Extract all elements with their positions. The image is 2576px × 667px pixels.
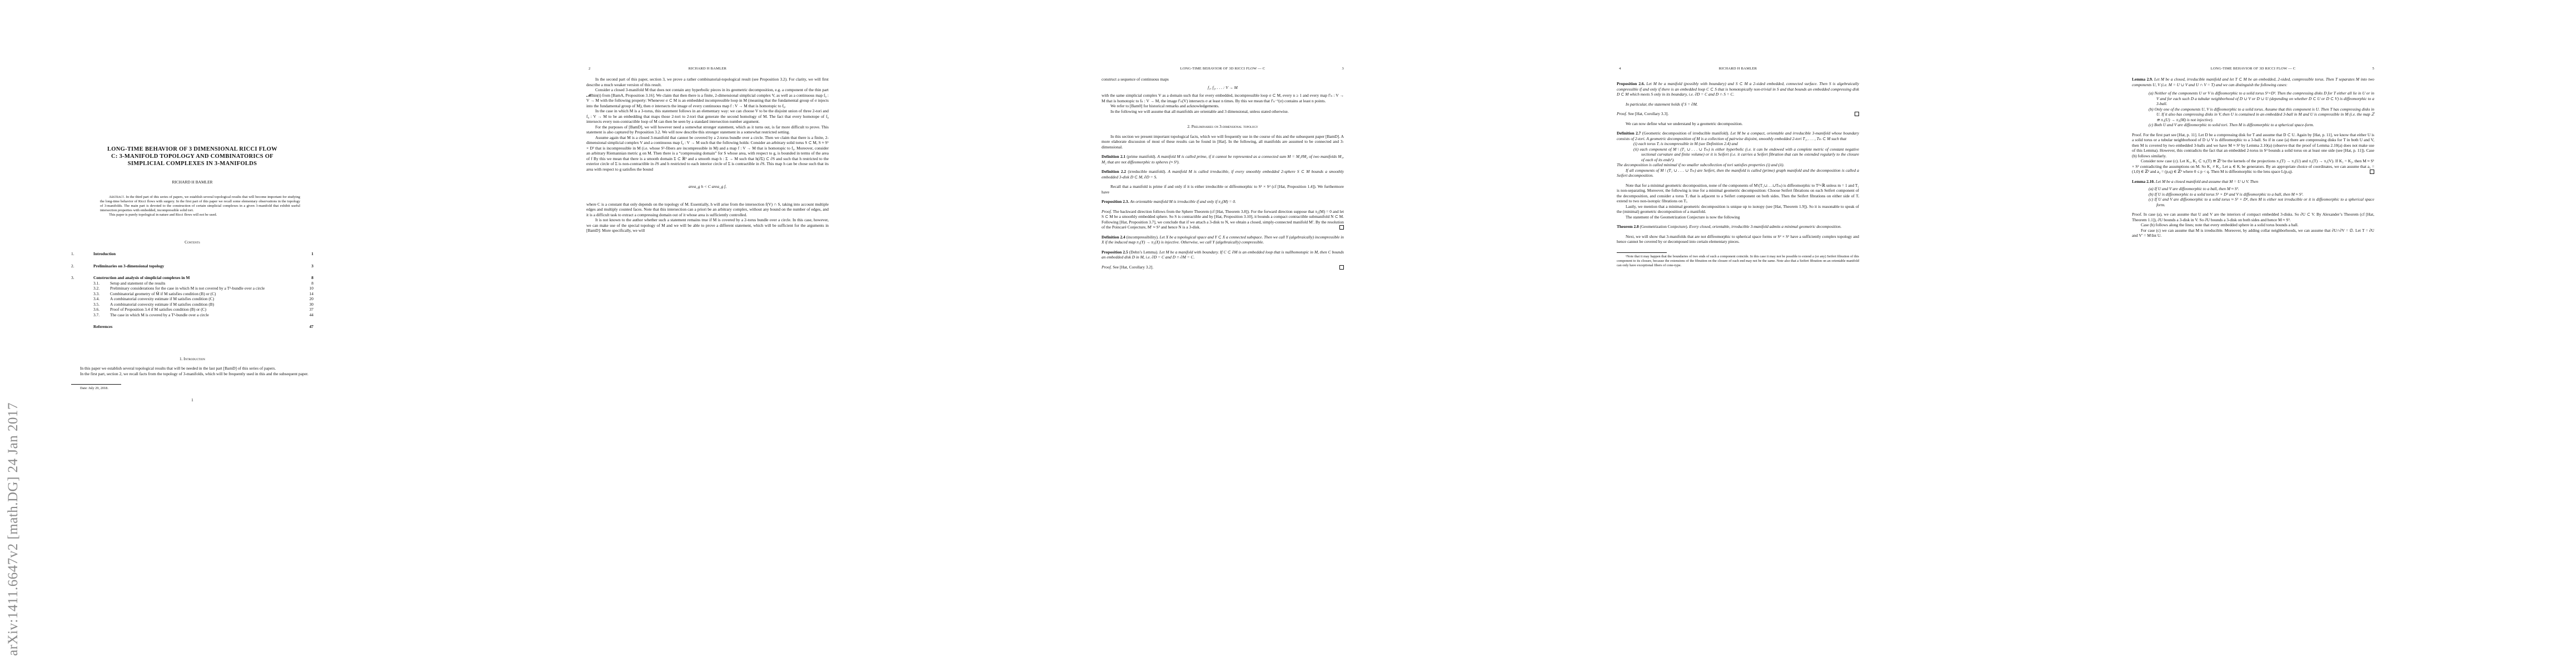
paragraph: We refer to [Bam0] for historical remark… bbox=[1102, 103, 1344, 109]
page-5-column: Lemma 2.9. Let M be a closed, irreducibl… bbox=[2132, 77, 2374, 238]
paragraph: If all components of M \ (T₁ ∪ . . . ∪ T… bbox=[1617, 168, 1859, 178]
proof: For case (c) we can assume that M is irr… bbox=[2132, 228, 2374, 238]
page-number: 1 bbox=[71, 397, 313, 403]
theorem-block: Proof. See [Hat, Corollary 3.2]. bbox=[1102, 265, 1344, 270]
toc-number: 3.4. bbox=[71, 296, 110, 302]
block-name: (Geometric decomposition of irreducible … bbox=[1642, 131, 1729, 136]
paragraph: In this section we present important top… bbox=[1102, 134, 1344, 150]
page-4: 4 RICHARD H BAMLER Proposition 2.6. Let … bbox=[1546, 0, 2061, 667]
toc-entry[interactable]: 3.3.Combinatorial geometry of M̃ if M sa… bbox=[71, 291, 313, 297]
proof-label: Proof. bbox=[1617, 111, 1627, 116]
arxiv-stamp: arXiv:1411.6647v2 [math.DG] 24 Jan 2017 bbox=[4, 44, 27, 656]
page-2-column: In the second part of this paper, sectio… bbox=[586, 77, 829, 233]
toc-label: Preliminaries on 3-dimensional topology bbox=[93, 263, 302, 269]
enumerated-list: (a) Neither of the components U or V is … bbox=[2132, 91, 2374, 128]
proof: Proof. For the first part see [Hat, p. 1… bbox=[2132, 132, 2374, 159]
toc-label: Construction and analysis of simplicial … bbox=[93, 275, 302, 281]
proof: Case (b) follows along the lines; note t… bbox=[2132, 222, 2374, 228]
enum-mark: (b) bbox=[2149, 192, 2154, 197]
proof: Proof. In case (a), we can assume that U… bbox=[2132, 212, 2374, 222]
running-head: 4 RICHARD H BAMLER bbox=[1617, 67, 1859, 71]
toc-entry[interactable]: 3.7.The case in which M is covered by a … bbox=[71, 312, 313, 318]
enum-item: (a) Neither of the components U or V is … bbox=[2149, 91, 2374, 107]
toc-entry[interactable]: 3.2.Preliminary considerations for the c… bbox=[71, 286, 313, 291]
page-number: 5 bbox=[2373, 67, 2375, 71]
page-number: 3 bbox=[1342, 67, 1344, 71]
paragraph: In the first part, section 2, we recall … bbox=[71, 371, 313, 377]
toc-entry[interactable]: 3.6.Proof of Proposition 3.4 if M satisf… bbox=[71, 307, 313, 312]
qed-square-icon bbox=[1339, 225, 1344, 230]
toc-label: A combinatorial convexity estimate if M … bbox=[110, 296, 302, 302]
toc-number: 3.5. bbox=[71, 302, 110, 307]
toc-entry[interactable]: References47 bbox=[71, 324, 313, 330]
block-name: (prime manifold). bbox=[1127, 154, 1156, 159]
toc-entry[interactable]: 3.Construction and analysis of simplicia… bbox=[71, 275, 313, 281]
enum-text: If U is diffeomorphic to a solid torus S… bbox=[2154, 192, 2303, 197]
block-body: We can now define what we understand by … bbox=[1626, 121, 1743, 126]
block-label: Definition 2.1 bbox=[1102, 154, 1125, 159]
footnote-rule bbox=[1617, 252, 1667, 253]
enum-text: If U and V are diffeomorphic to a ball, … bbox=[2154, 186, 2239, 191]
enum-text: each torus Tᵢ is incompressible in M (se… bbox=[1638, 141, 1738, 146]
toc-number: 3.1. bbox=[71, 281, 110, 286]
enum-mark: (c) bbox=[2149, 122, 2153, 127]
running-head-text: RICHARD H BAMLER bbox=[1719, 67, 1757, 71]
theorem-block: Definition 2.1 (prime manifold). A manif… bbox=[1102, 154, 1344, 165]
proof-label: Proof. bbox=[1102, 209, 1112, 214]
toc-entry[interactable]: 3.4.A combinatorial convexity estimate i… bbox=[71, 296, 313, 302]
toc-page: 47 bbox=[302, 324, 313, 330]
abstract-text: In the third part of this series of pape… bbox=[100, 195, 300, 212]
paragraph: For the purposes of [BamD], we will howe… bbox=[586, 125, 829, 135]
proof: Consider now case (c). Let K₁, K₂ ⊂ π₁(T… bbox=[2132, 158, 2374, 175]
proof-text: Consider now case (c). Let K₁, K₂ ⊂ π₁(T… bbox=[2132, 158, 2374, 174]
toc-page: 44 bbox=[302, 312, 313, 318]
author: RICHARD H BAMLER bbox=[71, 180, 313, 185]
running-head: LONG-TIME BEHAVIOR OF 3D RICCI FLOW — C … bbox=[2132, 67, 2374, 71]
toc-page: 1 bbox=[302, 251, 313, 257]
enum-mark: (i) bbox=[1633, 141, 1637, 146]
block-label: Definition 2.7 bbox=[1617, 131, 1641, 136]
enum-item: (i) each torus Tᵢ is incompressible in M… bbox=[1633, 141, 1859, 147]
paragraph: Lastly, we mention that a minimal geomet… bbox=[1617, 204, 1859, 215]
footnote-rule bbox=[71, 384, 121, 385]
page-1-column: LONG-TIME BEHAVIOR OF 3 DIMENSIONAL RICC… bbox=[71, 146, 313, 403]
paragraph: where C is a constant that only depends … bbox=[586, 202, 829, 218]
qed-square-icon bbox=[2370, 170, 2374, 174]
section-heading-introduction: 1. Introduction bbox=[71, 356, 313, 362]
toc-number: 1. bbox=[71, 251, 93, 257]
toc-label: The case in which M is covered by a T²-b… bbox=[110, 312, 302, 318]
toc-label: References bbox=[93, 324, 302, 330]
lemma-label: Lemma 2.10. bbox=[2132, 179, 2155, 184]
block-body: Let M be a manifold (possibly with bound… bbox=[1617, 81, 1859, 97]
toc-page: 14 bbox=[302, 291, 313, 297]
toc-number: 3.7. bbox=[71, 312, 110, 318]
enum-text: Neither of the components U or V is diff… bbox=[2155, 91, 2374, 106]
title-line: C: 3-MANIFOLD TOPOLOGY AND COMBINATORICS… bbox=[71, 153, 313, 160]
block-body: The backward direction follows from the … bbox=[1102, 209, 1344, 230]
contents-heading: Contents bbox=[71, 240, 313, 245]
theorem-block: Proposition 2.5 (Dehn’s Lemma). Let M be… bbox=[1102, 250, 1344, 260]
theorem-block: Recall that a manifold is prime if and o… bbox=[1102, 184, 1344, 195]
block-name: (incompressibility). bbox=[1127, 235, 1159, 240]
running-head: LONG-TIME BEHAVIOR OF 3D RICCI FLOW — C … bbox=[1102, 67, 1344, 71]
enum-item: (b) If U is diffeomorphic to a solid tor… bbox=[2149, 192, 2374, 197]
enum-item: (a) If U and V are diffeomorphic to a ba… bbox=[2149, 186, 2374, 192]
theorem-block: Definition 2.7 (Geometric decomposition … bbox=[1617, 131, 1859, 141]
running-head: 2 RICHARD H BAMLER bbox=[586, 67, 829, 71]
paper-title: LONG-TIME BEHAVIOR OF 3 DIMENSIONAL RICC… bbox=[71, 146, 313, 167]
toc-label: Introduction bbox=[93, 251, 302, 257]
block-label: Proposition 2.3. bbox=[1102, 199, 1129, 204]
enum-item: (c) Both U and V are diffeomorphic to so… bbox=[2149, 122, 2374, 128]
lemma-body: Let M be a closed, irreducible manifold … bbox=[2132, 77, 2374, 87]
lemma-2-10: Lemma 2.10. Let M be a closed manifold a… bbox=[2132, 179, 2374, 185]
paragraph: Note that for a minimal geometric decomp… bbox=[1617, 183, 1859, 204]
toc-entry[interactable]: 3.1.Setup and statement of the results8 bbox=[71, 281, 313, 286]
running-head-text: LONG-TIME BEHAVIOR OF 3D RICCI FLOW — C bbox=[1180, 67, 1265, 71]
qed-square-icon bbox=[1339, 265, 1344, 270]
toc-page: 10 bbox=[302, 286, 313, 291]
paragraph: In the case in which M is a 3-torus, thi… bbox=[586, 108, 829, 125]
enumerated-list: (a) If U and V are diffeomorphic to a ba… bbox=[2132, 186, 2374, 207]
enum-mark: (c) bbox=[2149, 197, 2153, 202]
page-3-column: construct a sequence of continuous maps … bbox=[1102, 77, 1344, 270]
page-5: LONG-TIME BEHAVIOR OF 3D RICCI FLOW — C … bbox=[2061, 0, 2576, 667]
qed-square-icon bbox=[1855, 112, 1859, 116]
block-body: Recall that a manifold is prime if and o… bbox=[1102, 184, 1344, 195]
toc-label: Proof of Proposition 3.4 if M satisfies … bbox=[110, 307, 302, 312]
title-line: LONG-TIME BEHAVIOR OF 3 DIMENSIONAL RICC… bbox=[71, 146, 313, 153]
block-body: See [Hat, Corollary 3.2]. bbox=[1113, 265, 1153, 270]
toc-entry[interactable]: 3.5.A combinatorial convexity estimate i… bbox=[71, 302, 313, 307]
theorem-block: Proof. See [Hat, Corollary 3.3]. bbox=[1617, 111, 1859, 117]
theorem-block: Definition 2.4 (incompressibility). Let … bbox=[1102, 235, 1344, 245]
toc-label: Preliminary considerations for the case … bbox=[110, 286, 302, 291]
title-line: SIMPLICIAL COMPLEXES IN 3-MANIFOLDS bbox=[71, 160, 313, 167]
theorem-block: In particular, the statement holds if S … bbox=[1617, 102, 1859, 107]
toc-entry[interactable]: 2.Preliminaries on 3-dimensional topolog… bbox=[71, 263, 313, 269]
paragraph: The statement of the Geometrization Conj… bbox=[1617, 215, 1859, 220]
block-body: See [Hat, Corollary 3.3]. bbox=[1628, 111, 1668, 116]
page-number: 2 bbox=[589, 67, 591, 71]
paragraph: Assume again that M is a closed 3-manifo… bbox=[586, 135, 829, 172]
page-4-column: Proposition 2.6. Let M be a manifold (po… bbox=[1617, 77, 1859, 268]
enum-text: Only one of the components U, V is diffe… bbox=[2155, 107, 2374, 122]
proof-label: Proof. bbox=[1102, 265, 1112, 270]
lemma-label: Lemma 2.9. bbox=[2132, 77, 2153, 82]
toc-number: 3.2. bbox=[71, 286, 110, 291]
toc-page: 8 bbox=[302, 275, 313, 281]
paragraph: with the same simplicial complex V as a … bbox=[1102, 93, 1344, 103]
theorem-2-8: Theorem 2.8 (Geometrization Conjecture).… bbox=[1617, 224, 1859, 230]
theorem-block: Proposition 2.3. An orientable manifold … bbox=[1102, 199, 1344, 205]
toc-entry[interactable]: 1.Introduction1 bbox=[71, 251, 313, 257]
theorem-block: Proof. The backward direction follows fr… bbox=[1102, 209, 1344, 230]
enum-text: Both U and V are diffeomorphic to solid … bbox=[2154, 122, 2314, 127]
toc-number: 3. bbox=[71, 275, 93, 281]
running-head-text: LONG-TIME BEHAVIOR OF 3D RICCI FLOW — C bbox=[2211, 67, 2296, 71]
enum-mark: (b) bbox=[2149, 107, 2154, 112]
enum-item: (b) Only one of the components U, V is d… bbox=[2149, 107, 2374, 123]
toc-number: 3.3. bbox=[71, 291, 110, 297]
page-3: LONG-TIME BEHAVIOR OF 3D RICCI FLOW — C … bbox=[1030, 0, 1546, 667]
block-name: (Dehn’s Lemma). bbox=[1129, 250, 1158, 255]
theorem-block: Definition 2.2 (irreducible manifold). A… bbox=[1102, 169, 1344, 180]
theorem-block: We can now define what we understand by … bbox=[1617, 121, 1859, 127]
arxiv-id-label: arXiv:1411.6647v2 [math.DG] 24 Jan 2017 bbox=[6, 402, 21, 656]
paragraph: The decomposition is called minimal if n… bbox=[1617, 162, 1859, 168]
paragraph: construct a sequence of continuous maps bbox=[1102, 77, 1344, 82]
abstract: Abstract. In the third part of this seri… bbox=[100, 195, 300, 217]
block-label: Definition 2.4 bbox=[1102, 235, 1125, 240]
page-2: 2 RICHARD H BAMLER In the second part of… bbox=[515, 0, 1030, 667]
toc-number: 2. bbox=[71, 263, 93, 269]
toc-label: A combinatorial convexity estimate if M … bbox=[110, 302, 302, 307]
enum-mark: (a) bbox=[2149, 91, 2154, 96]
theorem-blocks: Proposition 2.6. Let M be a manifold (po… bbox=[1617, 81, 1859, 141]
page-number: 4 bbox=[1619, 67, 1621, 71]
abstract-label: Abstract. bbox=[109, 195, 125, 199]
theorem-name: (Geometrization Conjecture). bbox=[1640, 224, 1688, 229]
paragraph: It is not known to the author whether su… bbox=[586, 217, 829, 233]
page-1: arXiv:1411.6647v2 [math.DG] 24 Jan 2017 … bbox=[0, 0, 515, 667]
block-name: (irreducible manifold). bbox=[1128, 169, 1166, 174]
paragraph: Next, we will show that 3-manifolds that… bbox=[1617, 234, 1859, 245]
block-label: Proposition 2.5 bbox=[1102, 250, 1128, 255]
theorem-blocks: Definition 2.1 (prime manifold). A manif… bbox=[1102, 154, 1344, 270]
enum-item: (ii) each component of M \ (T₁ ∪ . . . ∪… bbox=[1633, 147, 1859, 163]
abstract-text-2: This paper is purely topological in natu… bbox=[100, 213, 300, 217]
block-label: Proposition 2.6. bbox=[1617, 81, 1645, 86]
toc-label: Setup and statement of the results bbox=[110, 281, 302, 286]
enum-item: (c) If U and V are diffeomorphic to a so… bbox=[2149, 197, 2374, 207]
enum-mark: (ii) bbox=[1633, 147, 1638, 152]
theorem-label: Theorem 2.8 bbox=[1617, 224, 1639, 229]
toc-page: 3 bbox=[302, 263, 313, 269]
running-head-text: RICHARD H BAMLER bbox=[689, 67, 726, 71]
block-label: Definition 2.2 bbox=[1102, 169, 1126, 174]
toc-page: 37 bbox=[302, 307, 313, 312]
display-equation: area_g h < C area_g f, bbox=[586, 184, 829, 190]
display-equation: f₁, f₂, . . . : V → M bbox=[1102, 85, 1344, 91]
paragraph: Consider a closed 3-manifold M that does… bbox=[586, 87, 829, 108]
toc-page: 8 bbox=[302, 281, 313, 286]
section-heading-preliminaries: 2. Preliminaries on 3-dimensional topolo… bbox=[1102, 124, 1344, 130]
enum-text: each component of M \ (T₁ ∪ . . . ∪ Tₘ) … bbox=[1640, 147, 1859, 162]
toc-number: 3.6. bbox=[71, 307, 110, 312]
toc-page: 20 bbox=[302, 296, 313, 302]
enumerated-list: (i) each torus Tᵢ is incompressible in M… bbox=[1617, 141, 1859, 162]
lemma-2-9: Lemma 2.9. Let M be a closed, irreducibl… bbox=[2132, 77, 2374, 87]
lemma-body: Let M be a closed manifold and assume th… bbox=[2156, 179, 2259, 184]
enum-text: If U and V are diffeomorphic to a solid … bbox=[2155, 197, 2375, 207]
toc-page: 30 bbox=[302, 302, 313, 307]
footnote-1: ¹Note that it may happen that the bounda… bbox=[1617, 255, 1859, 268]
paragraph: In the second part of this paper, sectio… bbox=[586, 77, 829, 87]
table-of-contents: 1.Introduction12.Preliminaries on 3-dime… bbox=[71, 251, 313, 330]
block-body: An orientable manifold M is irreducible … bbox=[1130, 199, 1236, 204]
enum-mark: (a) bbox=[2149, 186, 2154, 191]
theorem-body: Every closed, orientable, irreducible 3-… bbox=[1689, 224, 1841, 229]
toc-label: Combinatorial geometry of M̃ if M satisf… bbox=[110, 291, 302, 297]
block-body: In particular, the statement holds if S … bbox=[1626, 102, 1698, 107]
paragraph: In this paper we establish several topol… bbox=[71, 366, 313, 371]
theorem-block: Proposition 2.6. Let M be a manifold (po… bbox=[1617, 81, 1859, 97]
date-footnote: Date: July 29, 2018. bbox=[71, 386, 313, 391]
paragraph: In the following we will assume that all… bbox=[1102, 109, 1344, 115]
